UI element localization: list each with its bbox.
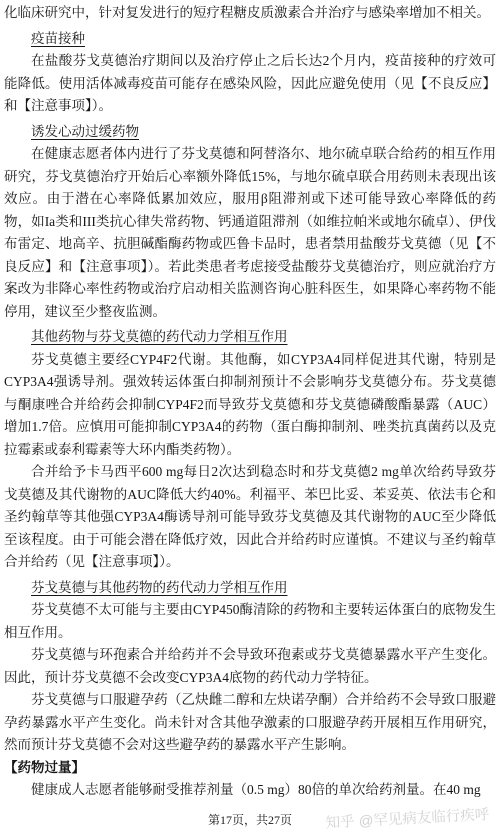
section-subheading: 诱发心动过缓药物 [4,121,496,144]
paragraph: 芬戈莫德与口服避孕药（乙炔雌二醇和左炔诺孕酮）合并给药不会导致口服避孕药暴露水平… [4,689,496,757]
document-body: 化临床研究中，针对复发进行的短疗程糖皮质激素合并治疗与感染率增加不相关。疫苗接种… [4,2,496,802]
paragraph: 芬戈莫德与环孢素合并给药并不会导致环孢素或芬戈莫德暴露水平产生变化。因此，预计芬… [4,644,496,689]
section-heading: 【药物过量】 [4,757,496,780]
paragraph-continuation: 化临床研究中，针对复发进行的短疗程糖皮质激素合并治疗与感染率增加不相关。 [4,2,496,25]
paragraph: 合并给予卡马西平600 mg每日2次达到稳态时和芬戈莫德2 mg单次给药导致芬戈… [4,461,496,574]
section-subheading: 疫苗接种 [4,28,496,51]
paragraph: 芬戈莫德主要经CYP4F2代谢。其他酶，如CYP3A4同样促进其代谢，特别是CY… [4,349,496,462]
section-subheading: 芬戈莫德与其他药物的药代动力学相互作用 [4,577,496,600]
paragraph: 在盐酸芬戈莫德治疗期间以及治疗停止之后长达2个月内，疫苗接种的疗效可能降低。使用… [4,50,496,118]
paragraph: 在健康志愿者体内进行了芬戈莫德和阿替洛尔、地尔硫卓联合给药的相互作用研究，芬戈莫… [4,143,496,323]
section-subheading: 其他药物与芬戈莫德的药代动力学相互作用 [4,326,496,349]
document-page: 化临床研究中，针对复发进行的短疗程糖皮质激素合并治疗与感染率增加不相关。疫苗接种… [0,0,500,834]
paragraph: 芬戈莫德不太可能与主要由CYP450酶清除的药物和主要转运体蛋白的底物发生相互作… [4,599,496,644]
watermark: 知乎 @罕见病友临行疾呼 [325,803,490,833]
paragraph: 健康成人志愿者能够耐受推荐剂量（0.5 mg）80倍的单次给药剂量。在40 mg [4,779,496,802]
